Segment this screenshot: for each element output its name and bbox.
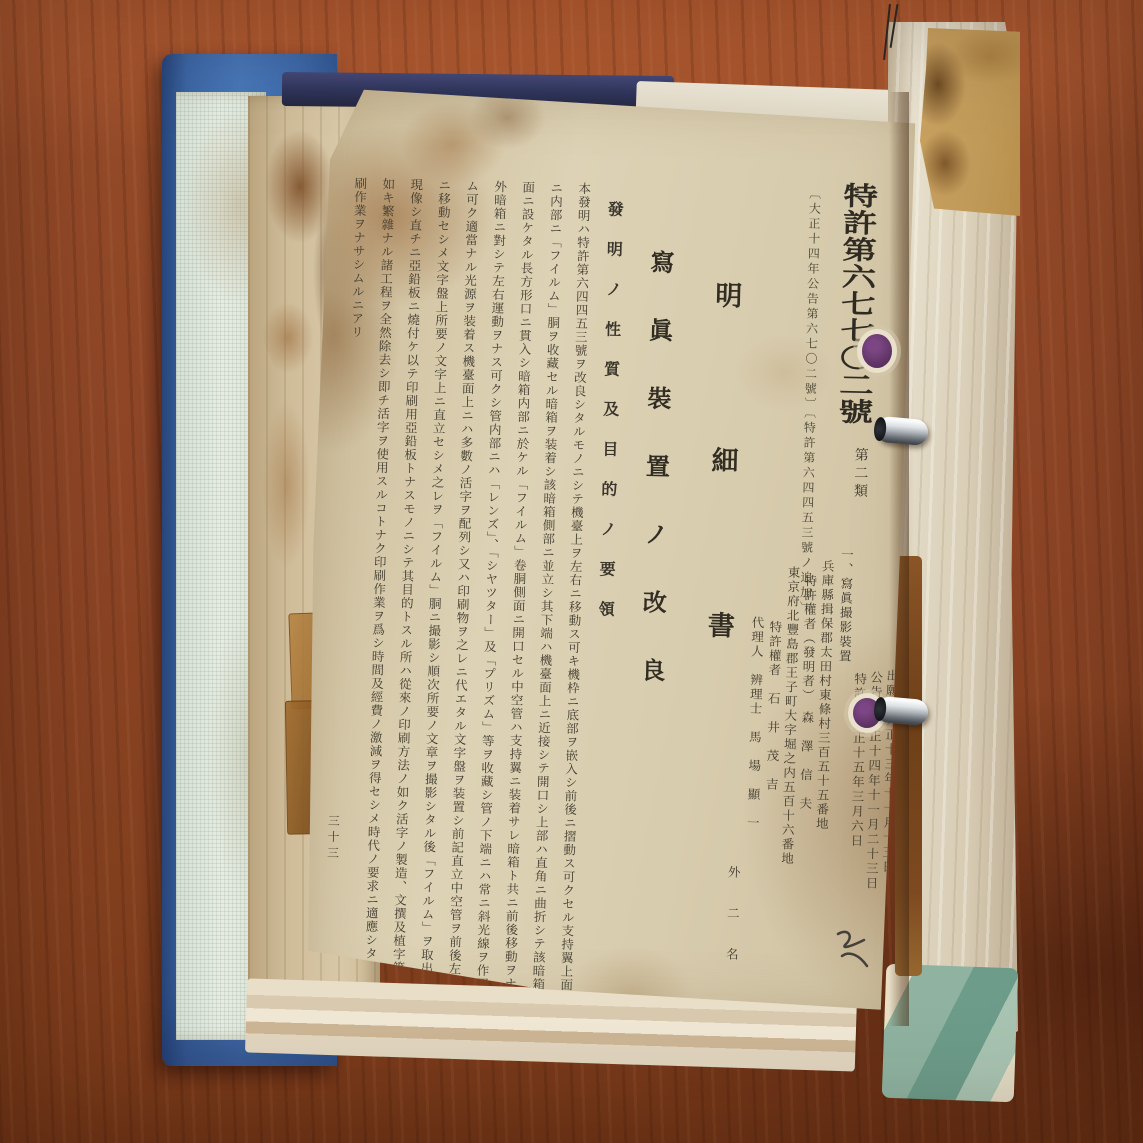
binder-ring-bottom [875,696,929,726]
page-number: 三十三 [324,814,342,862]
binding-gutter-shadow [889,92,909,1026]
specification-title: 明細書 [696,281,746,777]
handwritten-mark [834,926,870,975]
publication-note: 〔大正十四年公告第六七〇二號〕〔特許第六四四五三號ノ追加〕 [797,187,824,616]
binder-ring-top [875,416,929,446]
classification: 第二類 [849,447,870,501]
invention-title: 寫眞裝置ノ改良 [632,249,678,726]
patent-number-title: 特許第六七七〇二號 [829,182,883,426]
stained-scrap-paper [920,28,1020,216]
photo-of-patent-document: 特許第六七七〇二號 〔大正十四年公告第六七〇二號〕〔特許第六四四五三號ノ追加〕 … [0,0,1143,1143]
classification-sub: 一、寫眞撮影裝置 [835,548,856,664]
section-heading: 發明ノ性質及目的ノ要領 [592,200,625,640]
main-document-page: 特許第六七七〇二號 〔大正十四年公告第六七〇二號〕〔特許第六四四五三號ノ追加〕 … [301,86,922,1019]
pen-marks [882,4,900,64]
agent-name: 代理人 辨理士 馬 場 顯 一 [743,616,766,831]
agent-others: 外 二 名 [722,865,742,968]
body-text: 本發明ハ特許第六四四五三號ヲ改良シタルモノニシテ機臺上ヲ左右ニ移動ス可キ機枠ニ底… [317,176,598,1012]
punch-hole-top [862,334,892,368]
